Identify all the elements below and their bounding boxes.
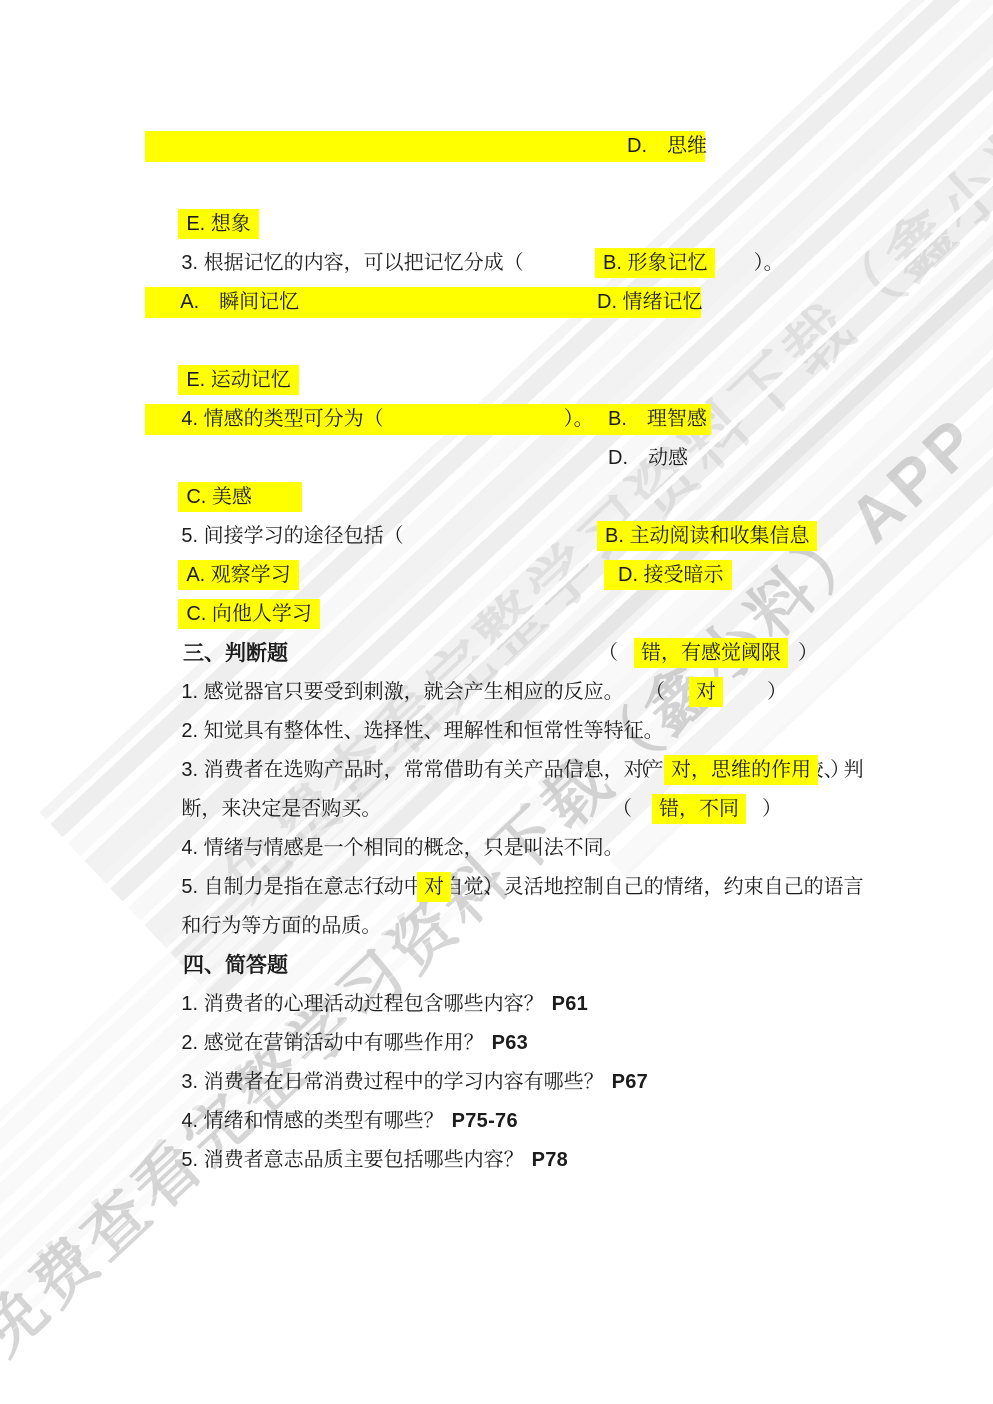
answer-highlight: 对	[417, 872, 451, 902]
option-e: E. 想象	[178, 209, 258, 239]
sq-text: 5. 消费者意志品质主要包括哪些内容？	[181, 1149, 523, 1171]
option-c: C. 美感	[178, 482, 302, 512]
option-b: B. 形象记忆	[595, 248, 715, 278]
option-d: D. 接受暗示	[604, 560, 732, 590]
paren-close: ）	[762, 798, 782, 820]
paren-open: （	[612, 798, 632, 820]
paren-close: ）	[830, 759, 850, 781]
option-a: A. 瞬间记忆	[180, 291, 299, 313]
sq-text: 4. 情绪和情感的类型有哪些？	[181, 1110, 443, 1132]
tf-text: 1. 感觉器官只要受到刺激，就会产生相应的反应。	[181, 681, 623, 703]
answer-group: （错，有感觉阈限）	[598, 634, 818, 673]
answer-group: （对，思维的作用）	[630, 751, 850, 790]
answer-highlight: 对，思维的作用	[664, 755, 818, 785]
section-heading-text: 三、判断题	[183, 642, 288, 665]
mc-option-row: E. 运动记忆	[148, 322, 868, 361]
option-c: C. 向他人学习	[178, 599, 320, 629]
question-text: ）。	[564, 408, 594, 430]
answer-highlight: 对	[689, 677, 723, 707]
option-d: D. 情绪记忆	[597, 283, 703, 322]
page-ref: P78	[532, 1149, 569, 1171]
paren-close: ）	[798, 642, 818, 664]
option-d: D. 动感	[608, 439, 688, 478]
mc-option-row: E. 想象	[148, 166, 868, 205]
question-text: 3. 根据记忆的内容，可以把记忆分成（	[181, 252, 523, 274]
sq-text: 1. 消费者的心理活动过程包含哪些内容？	[181, 993, 543, 1015]
question-text: 5. 间接学习的途径包括（	[181, 525, 403, 547]
option-b: B. 理智感	[608, 400, 707, 439]
exam-content: C. 记忆 D. 思维 E. 想象 3. 根据记忆的内容，可以把记忆分成（）。 …	[148, 127, 868, 1141]
option-e: E. 运动记忆	[178, 365, 298, 395]
tf-text: 断，来决定是否购买。	[181, 798, 381, 820]
tf-text: 4. 情绪与情感是一个相同的概念，只是叫法不同。	[181, 837, 623, 859]
answer-group: （错，不同）	[612, 790, 782, 829]
answer-group: （对）	[645, 673, 787, 712]
option-a: A. 观察学习	[178, 560, 298, 590]
document-page: 免费查看完整学习资料下载（鑫小料）APP 免费查看完整学习资料下载（鑫小料）AP…	[0, 0, 993, 1404]
paren-close: ）	[767, 681, 787, 703]
tf-text: 和行为等方面的品质。	[181, 915, 381, 937]
sq-text: 3. 消费者在日常消费过程中的学习内容有哪些？	[181, 1071, 603, 1093]
section-heading-text: 四、简答题	[183, 954, 288, 977]
answer-group: （对）	[365, 868, 503, 907]
paren-open: （	[598, 642, 618, 664]
paren-close: ）	[483, 876, 503, 898]
tf-text: 5. 自制力是指在意志行动中能自觉、灵活地控制自己的情绪，约束自己的语言	[181, 876, 863, 898]
question-text: 4. 情感的类型可分为（	[181, 408, 383, 430]
option-b: B. 主动阅读和收集信息	[597, 521, 817, 551]
paren-open: （	[645, 681, 665, 703]
answer-highlight: 错，有感觉阈限	[634, 638, 788, 668]
answer-highlight: 错，不同	[652, 794, 746, 824]
highlight-bar	[145, 131, 705, 162]
sq-text: 2. 感觉在营销活动中有哪些作用？	[181, 1032, 483, 1054]
tf-text: 2. 知觉具有整体性、选择性、理解性和恒常性等特征。	[181, 720, 663, 742]
mc-option-row: C. 美感 D. 动感	[148, 439, 868, 478]
paren-open: （	[630, 759, 650, 781]
mc-option-row: C. 记忆 D. 思维	[148, 127, 868, 166]
question-text: ）。	[754, 252, 784, 274]
paren-open: （	[365, 876, 385, 898]
option-d: D. 思维	[627, 127, 707, 166]
